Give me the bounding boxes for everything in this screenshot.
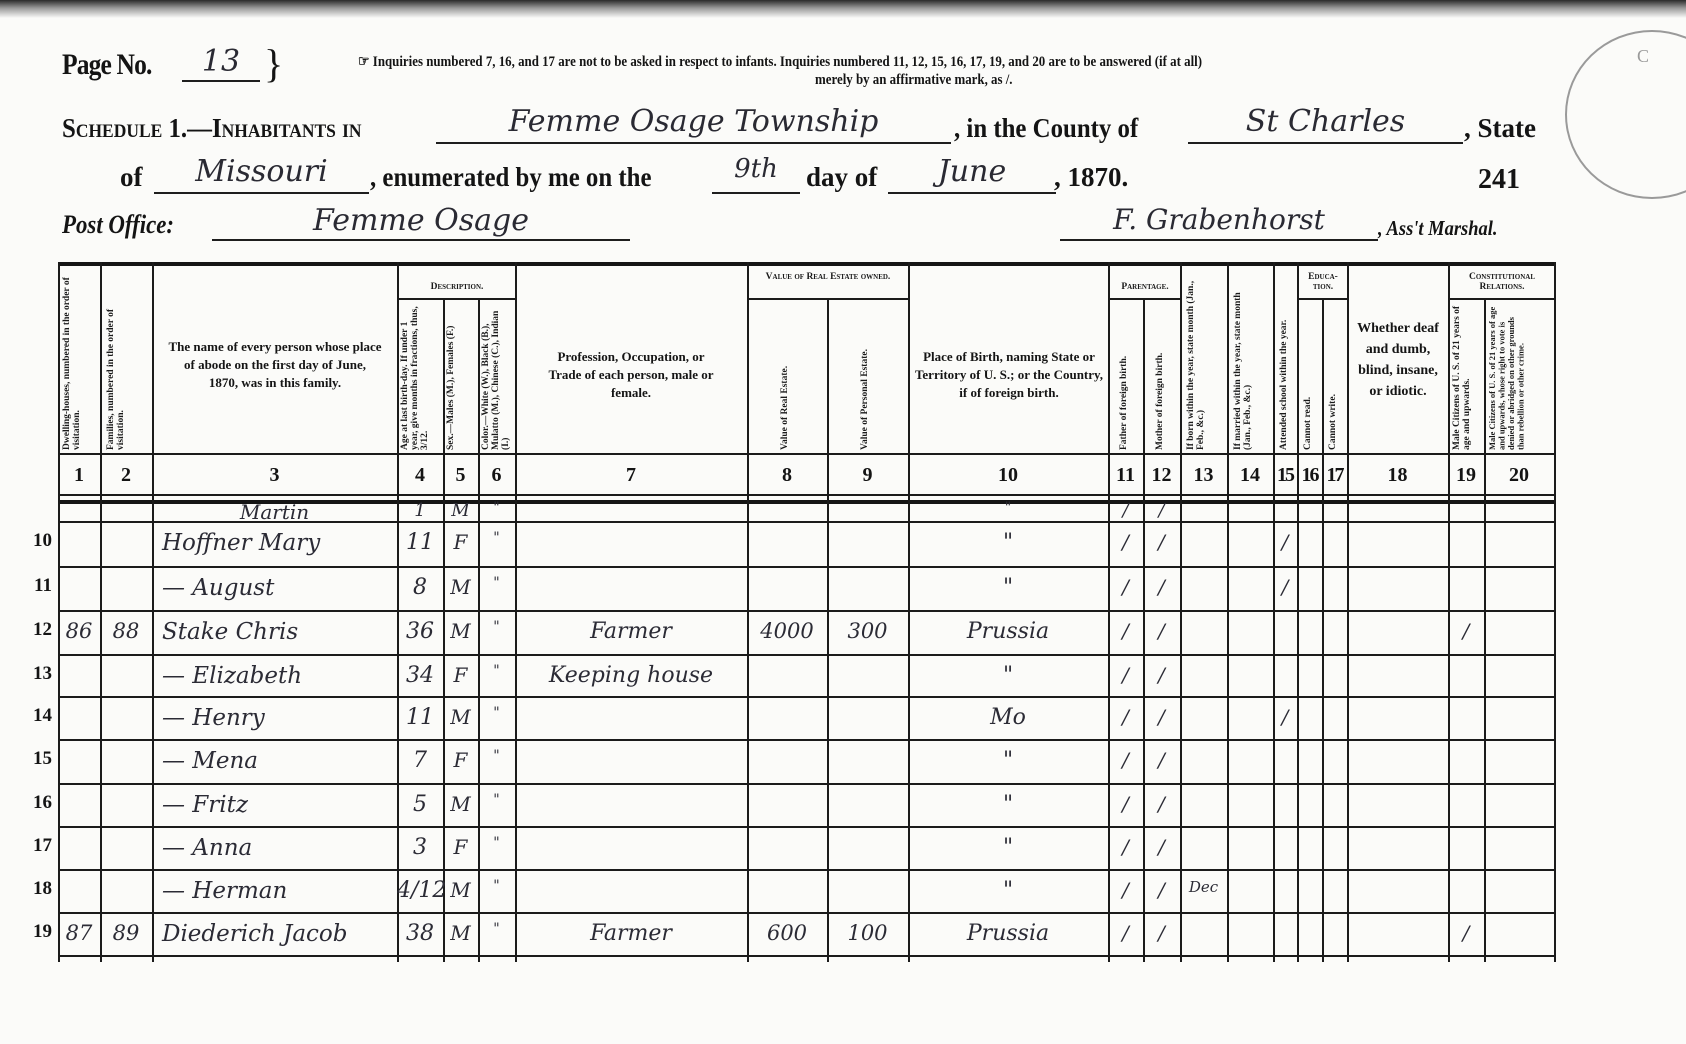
col-number: 6 [478, 457, 515, 493]
cell-age: 36 [397, 619, 443, 644]
marshal-signature: F. Grabenhorst [1060, 203, 1378, 241]
sheet-number: 241 [1478, 164, 1520, 196]
col-number: 13 [1180, 457, 1227, 493]
cell-age: 4/12 [397, 878, 443, 903]
month-value: June [888, 154, 1056, 194]
cell-born-month: Dec [1180, 878, 1227, 896]
cell-name: — Fritz [152, 792, 397, 818]
col-header-4: Age at last birth-day. If under 1 year, … [400, 302, 440, 450]
col-number: 9 [827, 457, 908, 493]
page-no-value: 13 [182, 44, 260, 82]
cell-age: 5 [397, 792, 443, 817]
cell-birthplace: " [908, 663, 1108, 688]
cell-color: " [478, 575, 515, 591]
cell-personal-estate: 300 [827, 619, 908, 643]
col-number: 12 [1143, 457, 1180, 493]
cell-name: — Elizabeth [152, 663, 397, 689]
cell-father-foreign: / [1108, 921, 1143, 945]
brace: } [264, 40, 283, 87]
row-rule [58, 869, 1556, 871]
col-header-9: Value of Personal Estate. [860, 302, 874, 450]
cell-father-foreign: / [1108, 619, 1143, 643]
cell-dwelling: 86 [58, 619, 100, 643]
township-value: Femme Osage Township [436, 104, 951, 144]
col-number: 4 [397, 457, 443, 493]
col-rule [747, 262, 749, 962]
cell-name: — Mena [152, 748, 397, 774]
col-header-1: Dwelling-houses, numbered in the order o… [62, 270, 96, 450]
cell-name: Martin [152, 500, 397, 524]
cell-male-citizen: / [1448, 619, 1484, 643]
cell-mother-foreign: / [1143, 530, 1180, 554]
cell-color: " [478, 792, 515, 808]
row-rule [58, 654, 1556, 656]
line-number: 16 [18, 792, 52, 814]
row-rule [58, 826, 1556, 828]
line-number: 17 [18, 835, 52, 857]
col-rule [1227, 262, 1229, 962]
col-header-14: If married within the year, state month … [1233, 270, 1267, 450]
group-header-constitutional: Constitutional Relations. [1450, 272, 1554, 292]
cell-occupation: Keeping house [515, 663, 747, 688]
cell-mother-foreign: / [1143, 792, 1180, 816]
col-header-19: Male Citizens of U. S. of 21 years of ag… [1452, 302, 1482, 450]
county-value: St Charles [1188, 104, 1463, 144]
cell-sex: M [443, 921, 478, 945]
col-number: 14 [1227, 457, 1273, 493]
col-header-13: If born within the year, state month (Ja… [1186, 270, 1220, 450]
cell-age: 3 [397, 835, 443, 860]
col-header-7: Profession, Occupation, or Trade of each… [540, 348, 722, 402]
cell-age: 7 [397, 748, 443, 773]
cell-sex: F [443, 748, 478, 772]
cell-name: Stake Chris [152, 619, 397, 645]
cell-sex: M [443, 575, 478, 599]
page-no-label: Page No. [62, 48, 152, 82]
row-rule [58, 739, 1556, 741]
cell-dwelling: 87 [58, 921, 100, 945]
col-rule [58, 262, 60, 962]
cell-male-citizen: / [1448, 921, 1484, 945]
cell-birthplace: " [908, 748, 1108, 773]
group-header-description: Description. [399, 282, 515, 292]
col-rule [100, 262, 102, 962]
line-number: 15 [18, 748, 52, 770]
cell-name: Diederich Jacob [152, 921, 397, 947]
cell-name: Hoffner Mary [152, 530, 397, 556]
pointing-hand-icon: ☞ [358, 54, 370, 70]
cell-sex: M [443, 792, 478, 816]
of-label: of [120, 162, 143, 193]
col-number: 16 [1297, 457, 1322, 493]
cell-mother-foreign: / [1143, 705, 1180, 729]
group-header-value: Value of Real Estate owned. [749, 272, 907, 282]
cell-occupation: Farmer [515, 921, 747, 946]
row-rule [58, 610, 1556, 612]
col-header-20: Male Citizens of U. S. of 21 years of ag… [1488, 302, 1550, 450]
cell-color: " [478, 500, 515, 516]
cell-father-foreign: / [1108, 792, 1143, 816]
cell-color: " [478, 705, 515, 721]
post-office-value: Femme Osage [212, 203, 630, 241]
cell-sex: M [443, 500, 478, 521]
year-label: , 1870. [1054, 162, 1128, 193]
cell-age: 11 [397, 530, 443, 555]
header-bottom-rule [58, 453, 1556, 455]
notice-line-2: merely by an affirmative mark, as /. [815, 72, 1013, 89]
state-label: , State [1464, 113, 1536, 144]
line-number: 10 [18, 530, 52, 552]
col-header-12: Mother of foreign birth. [1155, 302, 1169, 450]
col-rule [515, 262, 517, 962]
cell-attended-school: / [1273, 705, 1297, 729]
line-number: 19 [18, 921, 52, 943]
col-header-3: The name of every person whose place of … [168, 338, 382, 392]
col-rule [1273, 262, 1275, 962]
col-number: 3 [152, 457, 397, 493]
cell-mother-foreign: / [1143, 835, 1180, 859]
cell-color: " [478, 748, 515, 764]
cell-sex: M [443, 705, 478, 729]
constitutional-group-rule [1448, 298, 1554, 300]
col-header-2: Families, numbered in the order of visit… [106, 270, 146, 450]
col-header-15: Attended school within the year. [1279, 270, 1293, 450]
cell-color: " [478, 835, 515, 851]
cell-birthplace: Mo [908, 705, 1108, 730]
col-number: 7 [515, 457, 747, 493]
cell-mother-foreign: / [1143, 619, 1180, 643]
notice-text-1: Inquiries numbered 7, 16, and 17 are not… [373, 54, 1202, 70]
cell-personal-estate: 100 [827, 921, 908, 945]
line-number: 11 [18, 575, 52, 597]
col-header-17: Cannot write. [1328, 302, 1342, 450]
cell-mother-foreign: / [1143, 748, 1180, 772]
col-header-10: Place of Birth, naming State or Territor… [914, 348, 1104, 402]
cell-age: 11 [397, 705, 443, 730]
cell-father-foreign: / [1108, 575, 1143, 599]
col-rule [1347, 262, 1349, 962]
line-number: 14 [18, 705, 52, 727]
day-value: 9th [712, 154, 800, 194]
col-header-11: Father of foreign birth. [1119, 302, 1133, 450]
cell-age: 38 [397, 921, 443, 946]
day-of-label: day of [806, 162, 877, 193]
cell-attended-school: / [1273, 530, 1297, 554]
cell-color: " [478, 663, 515, 679]
col-header-18: Whether deaf and dumb, blind, insane, or… [1352, 318, 1444, 402]
cell-sex: F [443, 530, 478, 554]
cell-age: 34 [397, 663, 443, 688]
schedule-label: Schedule 1.—Inhabitants in [62, 113, 362, 144]
row-rule [58, 696, 1556, 698]
group-header-education: Educa-tion. [1299, 272, 1347, 292]
cell-father-foreign: / [1108, 835, 1143, 859]
line-number: 18 [18, 878, 52, 900]
col-number: 8 [747, 457, 827, 493]
cell-father-foreign: / [1108, 530, 1143, 554]
cell-real-estate: 4000 [747, 619, 827, 643]
col-number: 18 [1347, 457, 1448, 493]
cell-mother-foreign: / [1143, 575, 1180, 599]
row-rule [58, 912, 1556, 914]
cell-age: 8 [397, 575, 443, 600]
cell-name: — Herman [152, 878, 397, 904]
col-number: 1 [58, 457, 100, 493]
cell-occupation: Farmer [515, 619, 747, 644]
cell-father-foreign: / [1108, 500, 1143, 521]
cell-sex: M [443, 619, 478, 643]
col-number: 11 [1108, 457, 1143, 493]
col-rule [1180, 262, 1182, 962]
line-number: 12 [18, 619, 52, 641]
cell-color: " [478, 619, 515, 635]
cell-age: 1 [397, 500, 443, 521]
cell-name: — August [152, 575, 397, 601]
group-header-parentage: Parentage. [1110, 282, 1180, 292]
col-rule [1297, 262, 1299, 962]
stamp-text: C [1637, 46, 1649, 67]
cell-sex: F [443, 663, 478, 687]
row-rule [58, 783, 1556, 785]
cell-color: " [478, 530, 515, 546]
row-rule [58, 955, 1556, 957]
cell-mother-foreign: / [1143, 500, 1180, 521]
cell-birthplace: " [908, 792, 1108, 817]
line-number: 13 [18, 663, 52, 685]
cell-family: 89 [100, 921, 152, 945]
col-header-6: Color.—White (W.), Black (B.), Mulatto (… [481, 302, 513, 450]
post-office-label: Post Office: [62, 210, 174, 240]
cell-birthplace: Prussia [908, 619, 1108, 644]
col-number: 15 [1273, 457, 1297, 493]
cell-birthplace: " [908, 530, 1108, 555]
cell-sex: F [443, 835, 478, 859]
col-number: 19 [1448, 457, 1484, 493]
cell-name: — Henry [152, 705, 397, 731]
col-number: 5 [443, 457, 478, 493]
cell-father-foreign: / [1108, 705, 1143, 729]
cell-birthplace: " [908, 500, 1108, 516]
col-header-16: Cannot read. [1303, 302, 1317, 450]
colnum-bottom-rule [58, 494, 1556, 496]
col-number: 2 [100, 457, 152, 493]
archive-stamp: C [1565, 30, 1686, 199]
cell-family: 88 [100, 619, 152, 643]
cell-birthplace: " [908, 835, 1108, 860]
cell-birthplace: " [908, 878, 1108, 903]
cell-attended-school: / [1273, 575, 1297, 599]
cell-mother-foreign: / [1143, 878, 1180, 902]
col-header-5: Sex.—Males (M.), Females (F.) [446, 302, 476, 450]
cell-father-foreign: / [1108, 748, 1143, 772]
col-rule [1448, 262, 1450, 962]
cell-sex: M [443, 878, 478, 902]
notice-line-1: ☞ Inquiries numbered 7, 16, and 17 are n… [358, 52, 1202, 71]
marshal-label: , Ass't Marshal. [1378, 216, 1497, 241]
cell-real-estate: 600 [747, 921, 827, 945]
cell-color: " [478, 878, 515, 894]
col-rule [1322, 298, 1324, 962]
col-number: 17 [1322, 457, 1347, 493]
page-top-shadow [0, 0, 1686, 18]
cell-father-foreign: / [1108, 663, 1143, 687]
state-value: Missouri [154, 154, 369, 194]
cell-birthplace: " [908, 575, 1108, 600]
cell-mother-foreign: / [1143, 921, 1180, 945]
county-label: , in the County of [954, 113, 1138, 144]
col-header-8: Value of Real Estate. [780, 302, 794, 450]
cell-color: " [478, 921, 515, 937]
cell-father-foreign: / [1108, 878, 1143, 902]
row-rule [58, 566, 1556, 568]
table-top-rule [58, 262, 1556, 266]
col-rule [1554, 262, 1556, 962]
col-rule [1484, 298, 1486, 962]
description-group-rule [397, 298, 515, 300]
cell-name: — Anna [152, 835, 397, 861]
cell-birthplace: Prussia [908, 921, 1108, 946]
enumerated-label: , enumerated by me on the [370, 162, 651, 193]
cell-mother-foreign: / [1143, 663, 1180, 687]
col-number: 20 [1484, 457, 1554, 493]
col-number: 10 [908, 457, 1108, 493]
